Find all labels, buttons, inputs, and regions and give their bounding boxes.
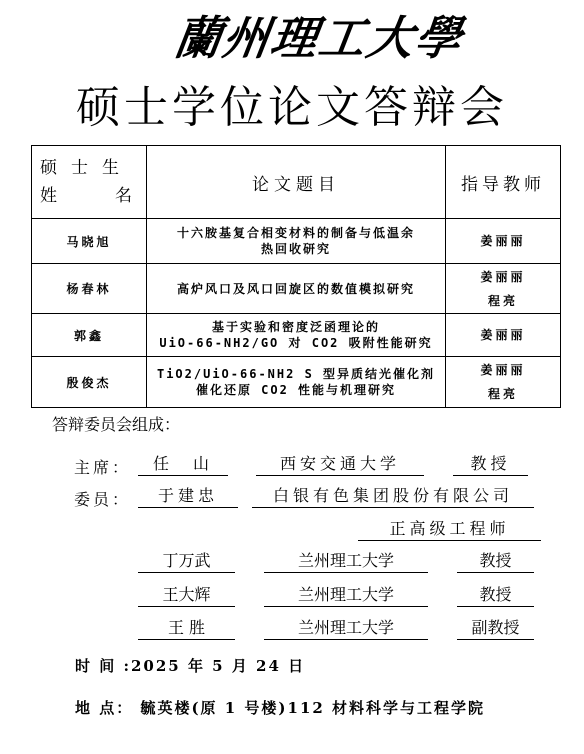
defense-time: 时 间 :2025 年 5 月 24 日	[75, 655, 305, 676]
member-title: 教授	[457, 550, 534, 573]
member-unit: 白银有色集团股份有限公司	[252, 485, 534, 508]
member-name: 丁万武	[138, 550, 235, 573]
member-unit: 兰州理工大学	[264, 584, 428, 607]
topic-line: 十六胺基复合相变材料的制备与低温余	[147, 225, 445, 241]
members-role-label: 委员：	[74, 487, 131, 510]
chair-unit: 西安交通大学	[256, 453, 424, 476]
thesis-topic: 十六胺基复合相变材料的制备与低温余 热回收研究	[147, 219, 446, 264]
student-name: 杨春林	[32, 264, 147, 314]
thesis-topic: 高炉风口及风口回旋区的数值模拟研究	[147, 264, 446, 314]
member-title: 正高级工程师	[358, 518, 541, 541]
page-title: 硕士学位论文答辩会	[76, 78, 508, 138]
member-name: 王大辉	[138, 584, 235, 607]
header-name-line1: 硕士生	[40, 154, 146, 182]
student-name: 马晓旭	[32, 219, 147, 264]
table-row: 马晓旭 十六胺基复合相变材料的制备与低温余 热回收研究 姜丽丽	[32, 219, 561, 264]
student-name: 郭鑫	[32, 314, 147, 357]
table-row: 殷俊杰 TiO2/UiO-66-NH2 S 型异质结光催化剂 催化还原 CO2 …	[32, 357, 561, 408]
advisor-name: 程亮	[446, 289, 560, 313]
table-row: 杨春林 高炉风口及风口回旋区的数值模拟研究 姜丽丽 程亮	[32, 264, 561, 314]
table-row: 郭鑫 基于实验和密度泛函理论的 UiO-66-NH2/GO 对 CO2 吸附性能…	[32, 314, 561, 357]
thesis-topic: TiO2/UiO-66-NH2 S 型异质结光催化剂 催化还原 CO2 性能与机…	[147, 357, 446, 408]
advisor: 姜丽丽 程亮	[446, 357, 561, 408]
chair-role-label: 主席：	[74, 455, 131, 478]
member-title: 副教授	[457, 617, 534, 640]
advisor-name: 姜丽丽	[446, 229, 560, 253]
advisor-name: 姜丽丽	[446, 358, 560, 382]
member-name: 王 胜	[138, 617, 235, 640]
advisor: 姜丽丽	[446, 219, 561, 264]
chair-title: 教授	[453, 453, 528, 476]
header-name-line2-b: 名	[115, 182, 132, 210]
advisor: 姜丽丽 程亮	[446, 264, 561, 314]
advisor-name: 姜丽丽	[446, 265, 560, 289]
header-topic: 论文题目	[147, 146, 446, 219]
chair-name: 任 山	[138, 453, 228, 476]
topic-line: TiO2/UiO-66-NH2 S 型异质结光催化剂	[147, 366, 445, 382]
member-unit: 兰州理工大学	[264, 617, 428, 640]
header-name-line2: 姓 名	[40, 182, 146, 210]
member-name: 于建忠	[138, 485, 238, 508]
committee-label: 答辩委员会组成：	[52, 412, 180, 435]
member-title: 教授	[457, 584, 534, 607]
advisor: 姜丽丽	[446, 314, 561, 357]
header-name-line2-a: 姓	[40, 182, 57, 210]
student-name: 殷俊杰	[32, 357, 147, 408]
header-student-name: 硕士生 姓 名	[32, 146, 147, 219]
member-unit: 兰州理工大学	[264, 550, 428, 573]
header-advisor: 指导教师	[446, 146, 561, 219]
university-logo: 蘭州理工大學	[171, 8, 419, 68]
topic-line: 高炉风口及风口回旋区的数值模拟研究	[147, 281, 445, 297]
defense-schedule-table: 硕士生 姓 名 论文题目 指导教师 马晓旭 十六胺基复合相变材料的制备与低温余 …	[31, 145, 561, 408]
thesis-topic: 基于实验和密度泛函理论的 UiO-66-NH2/GO 对 CO2 吸附性能研究	[147, 314, 446, 357]
table-header-row: 硕士生 姓 名 论文题目 指导教师	[32, 146, 561, 219]
topic-line: 热回收研究	[147, 241, 445, 257]
topic-line: UiO-66-NH2/GO 对 CO2 吸附性能研究	[147, 335, 445, 351]
advisor-name: 程亮	[446, 382, 560, 406]
topic-line: 基于实验和密度泛函理论的	[147, 319, 445, 335]
defense-location: 地 点： 毓英楼(原 1 号楼)112 材料科学与工程学院	[75, 697, 485, 718]
topic-line: 催化还原 CO2 性能与机理研究	[147, 382, 445, 398]
advisor-name: 姜丽丽	[446, 323, 560, 347]
